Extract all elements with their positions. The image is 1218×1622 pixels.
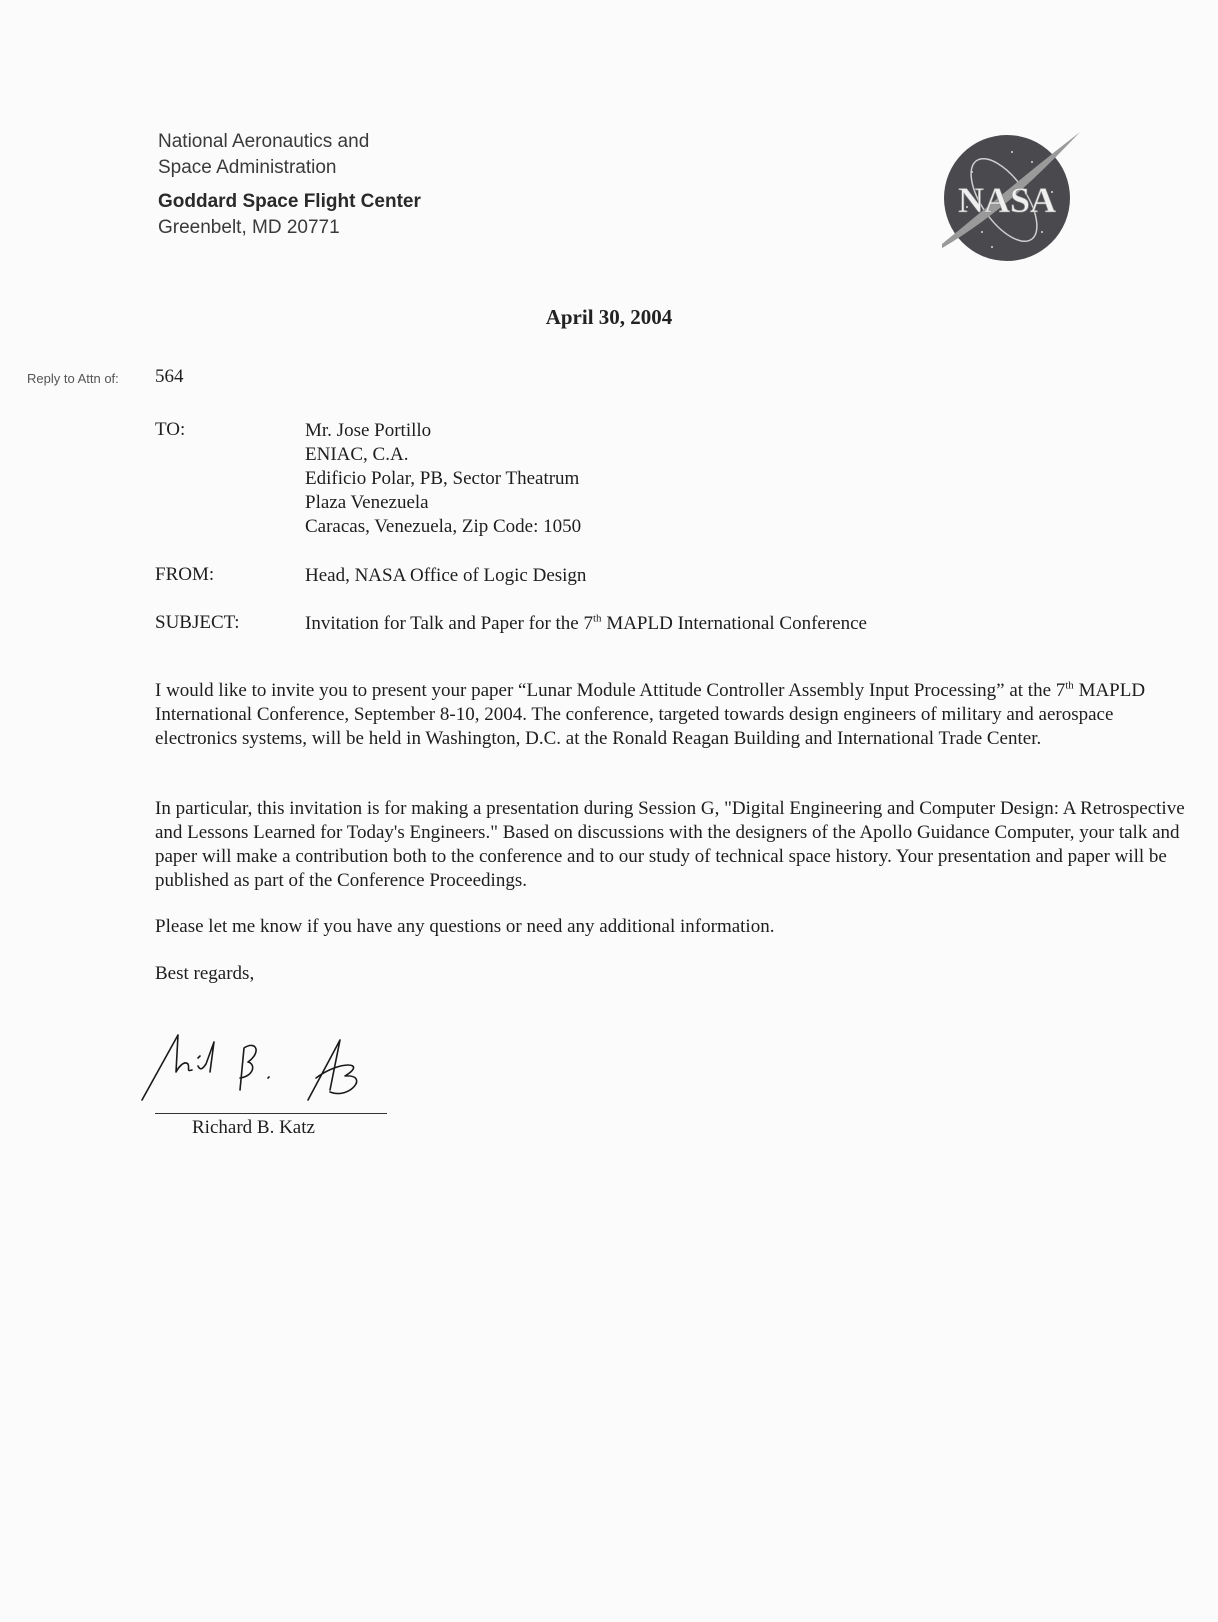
reply-to-code: 564 — [155, 366, 184, 388]
paragraph-text: I would like to invite you to present yo… — [155, 680, 1065, 701]
letter-date: April 30, 2004 — [0, 305, 1218, 330]
from-label: FROM: — [155, 564, 214, 586]
svg-text:NASA: NASA — [958, 180, 1056, 220]
nasa-meatball-logo-icon: NASA — [942, 132, 1080, 270]
center-address: Greenbelt, MD 20771 — [158, 215, 421, 241]
recipient-line: Mr. Jose Portillo — [305, 419, 581, 443]
reply-to-label: Reply to Attn of: — [27, 371, 119, 386]
signature-line — [155, 1113, 387, 1114]
body-paragraph-1: I would like to invite you to present yo… — [155, 679, 1195, 751]
recipient-line: Caracas, Venezuela, Zip Code: 1050 — [305, 515, 581, 539]
signatory-name: Richard B. Katz — [192, 1117, 315, 1139]
letterhead: National Aeronautics and Space Administr… — [158, 129, 421, 241]
recipient-address: Mr. Jose Portillo ENIAC, C.A. Edificio P… — [305, 419, 581, 539]
recipient-line: Plaza Venezuela — [305, 491, 581, 515]
recipient-line: Edificio Polar, PB, Sector Theatrum — [305, 467, 581, 491]
subject-text: Invitation for Talk and Paper for the 7 — [305, 613, 593, 634]
org-name-line1: National Aeronautics and — [158, 129, 421, 155]
subject-value: Invitation for Talk and Paper for the 7t… — [305, 612, 867, 636]
handwritten-signature-icon — [140, 1030, 400, 1115]
body-paragraph-3: Please let me know if you have any quest… — [155, 915, 1195, 939]
subject-label: SUBJECT: — [155, 612, 240, 634]
superscript: th — [593, 613, 602, 625]
body-paragraph-2: In particular, this invitation is for ma… — [155, 797, 1195, 893]
to-label: TO: — [155, 419, 185, 441]
recipient-line: ENIAC, C.A. — [305, 443, 581, 467]
from-value: Head, NASA Office of Logic Design — [305, 564, 586, 588]
closing: Best regards, — [155, 962, 1195, 986]
org-name-line2: Space Administration — [158, 155, 421, 181]
superscript: th — [1065, 680, 1074, 692]
center-name: Goddard Space Flight Center — [158, 189, 421, 215]
subject-text: MAPLD International Conference — [602, 613, 867, 634]
